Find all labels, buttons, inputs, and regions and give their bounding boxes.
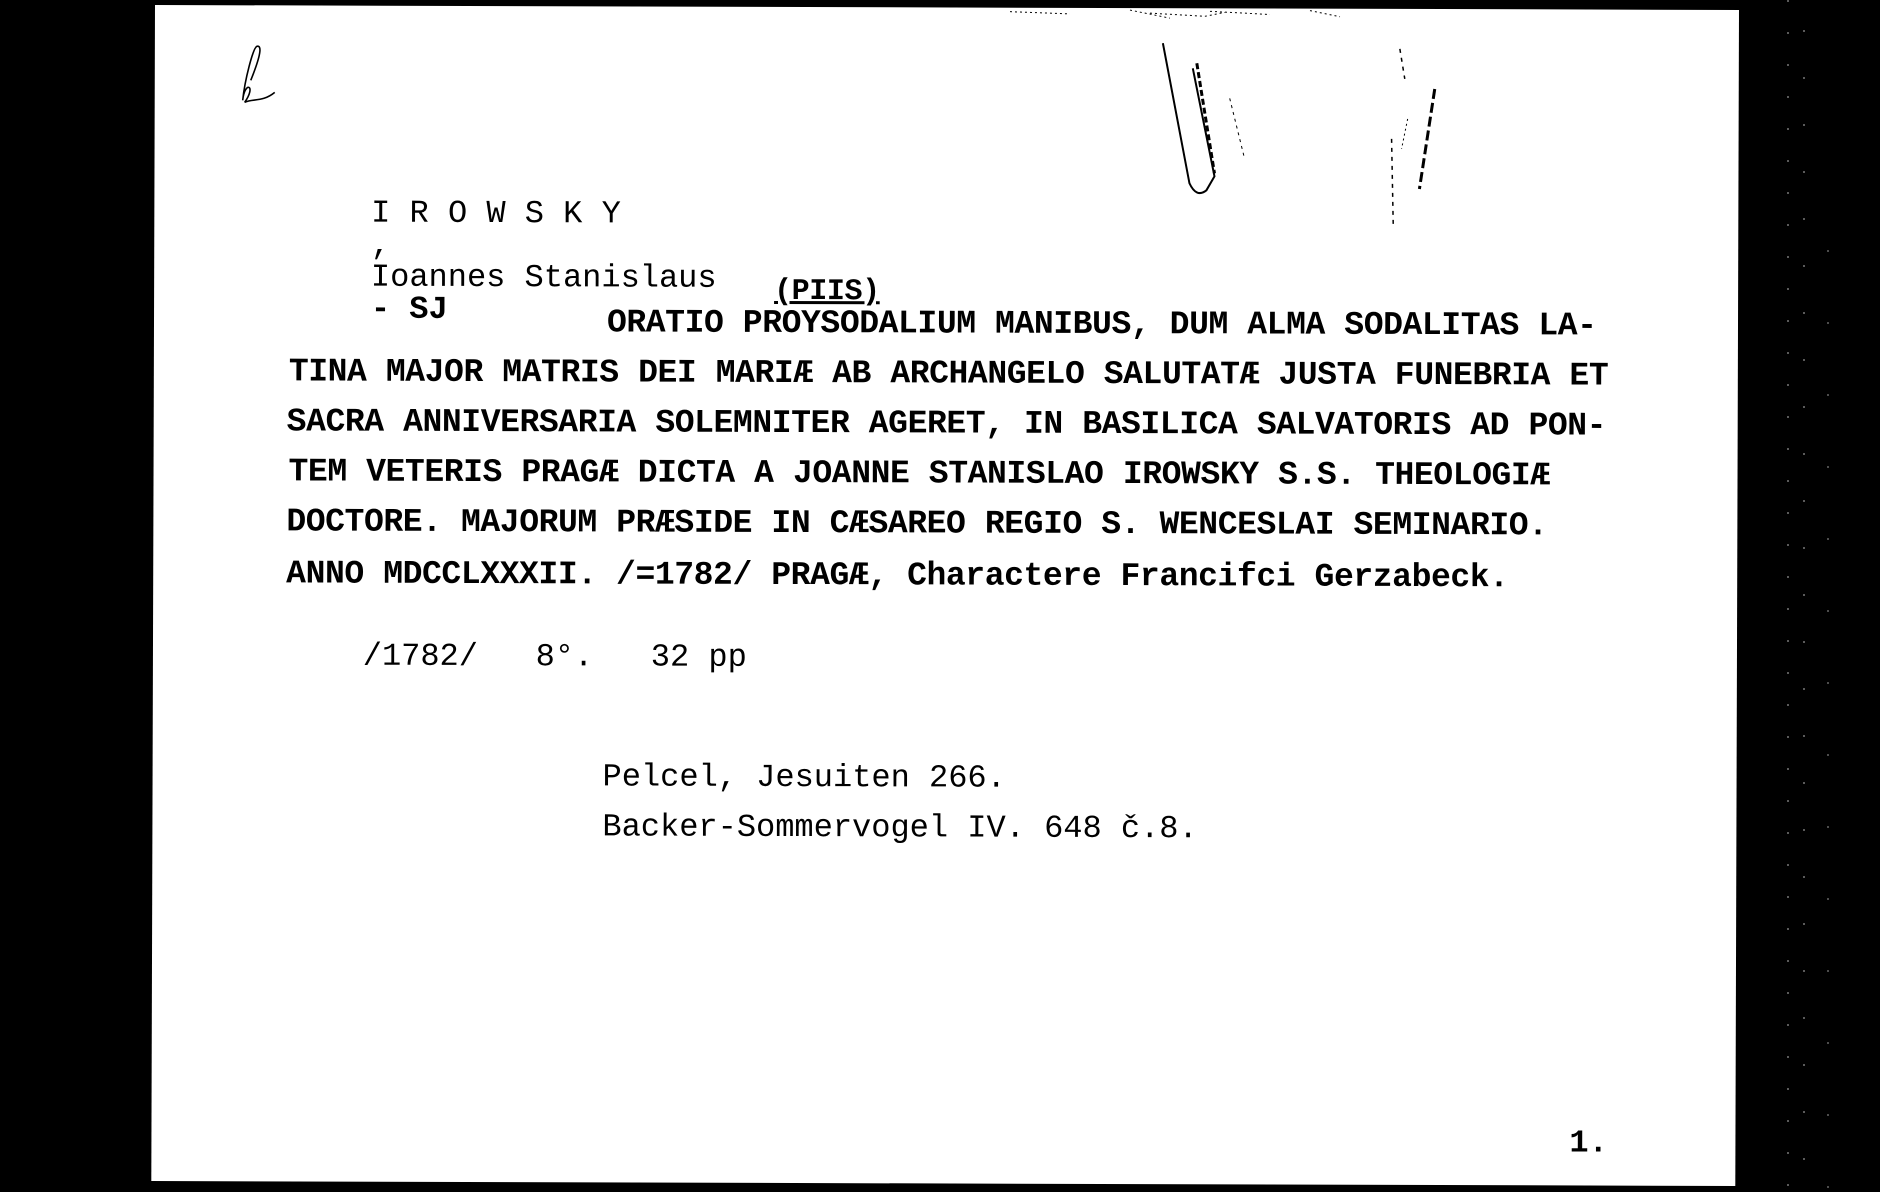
title-line: TINA MAJOR MATRIS DEI MARIÆ AB ARCHANGEL… — [289, 355, 1609, 392]
title-line: SACRA ANNIVERSARIA SOLEMNITER AGERET, IN… — [287, 405, 1607, 442]
imprint-year: /1782/ — [363, 638, 478, 675]
title-line: ANNO MDCCLXXXII. /=1782/ PRAGÆ, Characte… — [286, 557, 1509, 594]
title-line: TEM VETERIS PRAGÆ DICTA A JOANNE STANISL… — [288, 455, 1549, 492]
reference-line: Backer-Sommervogel IV. 648 č.8. — [602, 811, 1197, 845]
title-line: DOCTORE. MAJORUM PRÆSIDE IN CÆSAREO REGI… — [286, 505, 1547, 542]
imprint-line: /1782/ 8°. 32 pp — [286, 608, 747, 705]
reference-line: Pelcel, Jesuiten 266. — [603, 761, 1006, 794]
author-surname: I R O W S K Y — [371, 195, 621, 233]
scan-margin-noise-icon — [1780, 0, 1880, 1192]
handwritten-mark-icon — [223, 40, 293, 120]
title-line: ORATIO PROYSODALIUM MANIBUS, DUM ALMA SO… — [607, 306, 1597, 342]
scan-noise-icon — [1010, 8, 1410, 39]
author-order: - SJ — [371, 291, 448, 328]
card-number: 1. — [1569, 1127, 1608, 1159]
imprint-pages: 32 pp — [651, 639, 747, 676]
catalog-card: I R O W S K Y , Ioannes Stanislaus - SJ … — [151, 5, 1739, 1186]
staple-mark-icon — [1379, 19, 1460, 249]
imprint-format: 8°. — [536, 638, 594, 675]
insertion-mark: (PIIS) — [774, 277, 880, 307]
